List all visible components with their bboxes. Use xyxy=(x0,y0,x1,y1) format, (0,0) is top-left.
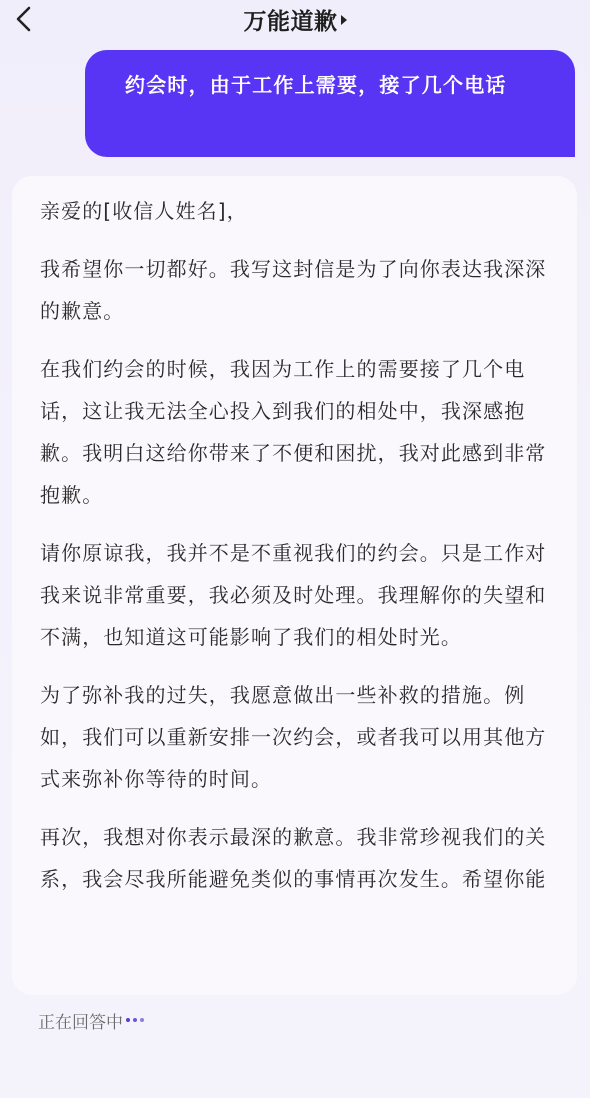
answering-status: 正在回答中 xyxy=(38,1006,144,1034)
dot xyxy=(133,1018,137,1022)
user-message-bubble: 约会时，由于工作上需要，接了几个电话 xyxy=(85,50,575,157)
reply-paragraph: 为了弥补我的过失，我愿意做出一些补救的措施。例如，我们可以重新安排一次约会，或者… xyxy=(40,674,555,800)
dot xyxy=(140,1018,144,1022)
caret-right-icon xyxy=(341,15,347,25)
assistant-reply-card: 亲爱的[收信人姓名]， 我希望你一切都好。我写这封信是为了向你表达我深深的歉意。… xyxy=(12,176,577,995)
reply-paragraph: 请你原谅我，我并不是不重视我们的约会。只是工作对我来说非常重要，我必须及时处理。… xyxy=(40,532,555,658)
reply-paragraph: 我希望你一切都好。我写这封信是为了向你表达我深深的歉意。 xyxy=(40,248,555,332)
reply-paragraph: 亲爱的[收信人姓名]， xyxy=(40,190,555,232)
dot xyxy=(126,1018,130,1022)
user-message-text: 约会时，由于工作上需要，接了几个电话 xyxy=(125,73,507,97)
page-title: 万能道歉 xyxy=(244,3,338,36)
title-dropdown[interactable]: 万能道歉 xyxy=(0,2,590,36)
reply-paragraph: 在我们约会的时候，我因为工作上的需要接了几个电话，这让我无法全心投入到我们的相处… xyxy=(40,348,555,516)
typing-dots-icon xyxy=(126,1018,144,1022)
top-bar: 万能道歉 xyxy=(0,0,590,42)
status-text: 正在回答中 xyxy=(38,1008,123,1033)
reply-paragraph: 再次，我想对你表示最深的歉意。我非常珍视我们的关系，我会尽我所能避免类似的事情再… xyxy=(40,816,555,900)
